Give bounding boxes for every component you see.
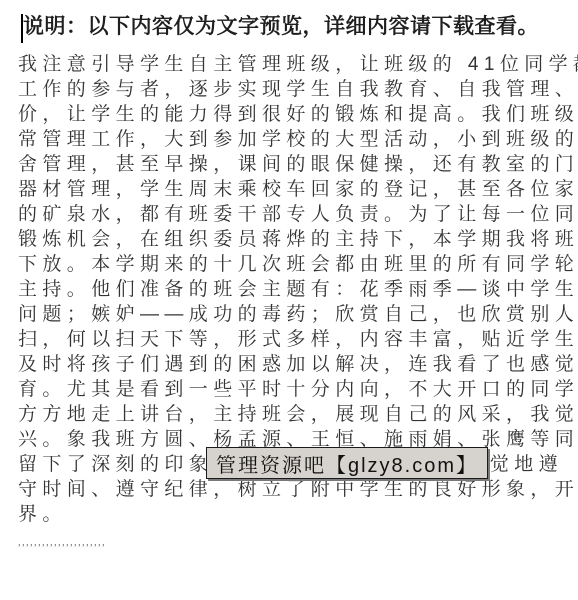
text-line: 方方地走上讲台，主持班会，展现自己的风采，我觉得十分高: [18, 402, 563, 427]
text-line: 主持。他们准备的班会主题有：花季雨季—谈中学生异性交往: [18, 277, 563, 302]
text-line: 舍管理，甚至早操，课间的眼保健操，还有教室的门窗，电教: [18, 152, 563, 177]
text-line: 锻炼机会，在组织委员蒋烨的主持下，本学期我将班会的权力: [18, 227, 563, 252]
text-line: 问题；嫉妒——成功的毒药；欣赏自己，也欣赏别人；一屋不: [18, 302, 563, 327]
text-fragment-right: 觉地遵: [490, 452, 563, 477]
text-line: 工作的参与者，逐步实现学生自我教育、自我管理、自我评: [18, 77, 563, 102]
text-line: 扫，何以扫天下等，形式多样，内容丰富，贴近学生生活，能: [18, 327, 563, 352]
watermark-site-label: 管理资源吧【glzy8.com】: [216, 449, 478, 478]
preview-notice: 说明：以下内容仅为文字预览，详细内容请下载查看。: [23, 12, 563, 42]
text-line: 育。尤其是看到一些平时十分内向，不大开口的同学也能大大: [18, 377, 563, 402]
text-line: 及时将孩子们遇到的困惑加以解决，连我看了也感觉大受教: [18, 352, 563, 377]
text-line: 器材管理，学生周末乘校车回家的登记，甚至各位家长现在喝: [18, 177, 563, 202]
text-line: 常管理工作，大到参加学校的大型活动，小到班级的卫生、宿: [18, 127, 563, 152]
text-line: 我注意引导学生自主管理班级，让班级的 41位同学都成为班级: [18, 52, 563, 77]
text-line: 下放。本学期来的十几次班会都由班里的所有同学轮流备课、: [18, 252, 563, 277]
text-line: 界。: [18, 502, 563, 527]
text-line: 的矿泉水，都有班委干部专人负责。为了让每一位同学都得到: [18, 202, 563, 227]
ellipsis-row: ，，，，，，，，，，，，，，，，，，，，，，: [18, 527, 563, 555]
text-line: 价，让学生的能力得到很好的锻炼和提高。我们班级的所有日: [18, 102, 563, 127]
document-text: 我注意引导学生自主管理班级，让班级的 41位同学都成为班级 工作的参与者，逐步实…: [18, 52, 563, 555]
watermark-stamp: 管理资源吧【glzy8.com】: [206, 447, 488, 479]
text-line: 守时间、遵守纪律，树立了附中学生的良好形象，开阔了眼: [18, 477, 563, 502]
